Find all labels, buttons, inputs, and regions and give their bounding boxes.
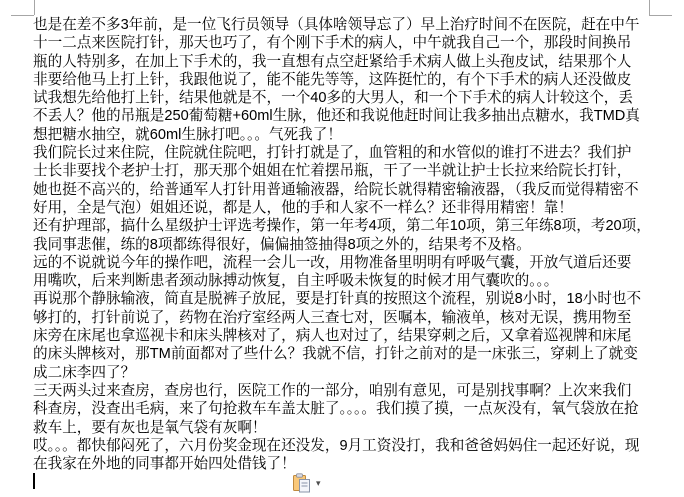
text-line[interactable]: 还有护理部，搞什么星级护士评选考操作，第一年考4项，第二年10项，第三年练8项，… [33, 217, 653, 235]
text-line[interactable]: 哎。。。都快郁闷死了，六月份奖金现在还没发，9月工资没打，我和爸爸妈妈住一起还好… [33, 437, 653, 455]
clipboard-icon [291, 473, 313, 493]
document-text[interactable]: 也是在差不多3年前，是一位飞行员领导（具体啥领导忘了）早上治疗时间不在医院，赶在… [33, 16, 653, 473]
text-line[interactable]: 好用，全是气泡）姐姐还说，都是人，他的手和人家不一样么？还非得用精密！靠！ [33, 199, 653, 217]
text-line[interactable]: 的床头牌核对，那TM前面都对了些什么？我就不信，打针之前对的是一床张三，穿刺上了… [33, 345, 653, 363]
text-line[interactable]: 想把糖水抽空，就60ml生脉打吧。。。气死我了！ [33, 126, 653, 144]
text-line[interactable]: 瓶的人特别多，在加上下手术的，我一直想有点空赶紧给手术病人做上头孢皮试，结果那个… [33, 53, 653, 71]
text-line[interactable]: 我同事悲催，练的8项都练得很好，偏偏抽签抽得8项之外的，结果考不及格。 [33, 236, 653, 254]
margin-mark-top-left [11, 0, 35, 16]
margin-mark-top-right [649, 0, 673, 16]
text-line[interactable]: 也是在差不多3年前，是一位飞行员领导（具体啥领导忘了）早上治疗时间不在医院，赶在… [33, 16, 653, 34]
text-line[interactable]: 我们院长过来住院，住院就住院吧，打针打就是了，血管粗的和水管似的谁打不进去？我们… [33, 144, 653, 162]
paste-options-button[interactable]: ▾ [291, 472, 329, 494]
dropdown-arrow-icon[interactable]: ▾ [316, 472, 321, 494]
text-line[interactable]: 够打的，打针前说了，药物在治疗室经两人三查七对，医嘱本，输液单，核对无误，携用物… [33, 309, 653, 327]
text-line[interactable]: 不丢人？他的吊瓶是250葡萄糖+60ml生脉，他还和我说他赶时间让我多抽出点糖水… [33, 107, 653, 125]
text-line[interactable]: 远的不说就说今年的操作吧，流程一会儿一改，用物准备里明明有呼吸气囊，开放气道后还… [33, 254, 653, 272]
document-page: 也是在差不多3年前，是一位飞行员领导（具体啥领导忘了）早上治疗时间不在医院，赶在… [0, 0, 684, 497]
text-line[interactable]: 用嘴吹，后来判断患者颈动脉搏动恢复，自主呼吸未恢复的时候才用气囊吹的。。。 [33, 272, 653, 290]
text-line[interactable]: 非要给他马上打上针，我跟他说了，能不能先等等，这阵挺忙的，有个下手术的病人还没做… [33, 71, 653, 89]
text-line[interactable]: 士长非要找个老护士打，那天那个姐姐在忙着摆吊瓶，干了一半就让护士长拉来给院长打针… [33, 162, 653, 180]
text-line[interactable]: 床旁在床尾也拿巡视卡和床头牌核对了，病人也对过了，结果穿刺之后，又拿着巡视牌和床… [33, 327, 653, 345]
text-line[interactable]: 再说那个静脉输液，简直是脱裤子放屁，要是打针真的按照这个流程，别说8小时，18小… [33, 290, 653, 308]
text-line[interactable]: 十一二点来医院打针，那天也巧了，有个刚下手术的病人，中午就我自己一个，那段时间换… [33, 34, 653, 52]
text-cursor [33, 473, 35, 489]
text-line[interactable]: 她也挺不高兴的，给普通军人打针用普通输液器，给院长就得精密输液器，（我反而觉得精… [33, 181, 653, 199]
text-line[interactable]: 救车上，要有灰也是氧气袋有灰啊！ [33, 419, 653, 437]
text-line[interactable]: 在我家在外地的同事都开始四处借钱了！ [33, 455, 653, 473]
text-line[interactable]: 试我想先给他打上针，结果他就是不，一个40多的大男人，和一个下手术的病人计较这个… [33, 89, 653, 107]
text-line[interactable]: 三天两头过来查房，查房也行，医院工作的一部分，咱别有意见，可是别找事啊？上次来我… [33, 382, 653, 400]
text-line[interactable]: 成二床李四了？ [33, 364, 653, 382]
text-line[interactable]: 科查房，没查出毛病，来了句抢救车车盖太脏了。。。。我们摸了摸，一点灰没有，氧气袋… [33, 400, 653, 418]
